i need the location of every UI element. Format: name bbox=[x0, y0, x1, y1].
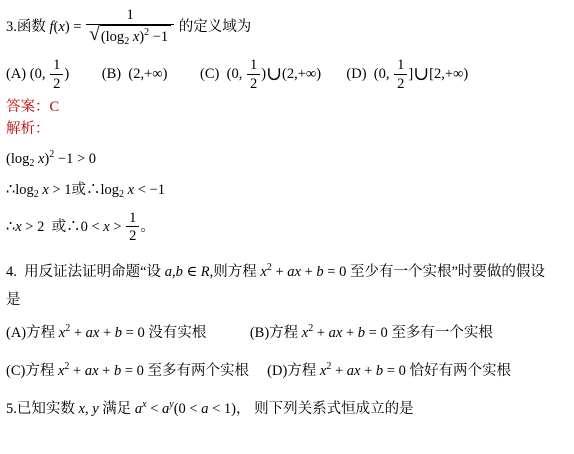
q3-analysis-label: 解析： bbox=[6, 120, 570, 139]
fraction-denominator: 2 bbox=[50, 74, 63, 93]
text-run: −1 > 0 bbox=[54, 151, 96, 167]
text-run: + bbox=[342, 325, 357, 341]
fraction-numerator: 1 bbox=[50, 57, 63, 74]
radical-sign-icon: √ bbox=[89, 25, 100, 46]
text-run: (A)方程 bbox=[6, 325, 59, 341]
text-run: 1 bbox=[397, 57, 404, 73]
text-run: + bbox=[301, 264, 316, 280]
text-run: + bbox=[360, 363, 375, 379]
q3-options: (A) (0, 12) (B) (2,+∞) (C) (0, 12)∪(2,+∞… bbox=[6, 57, 570, 93]
q3-solution-step-3: ∴x > 2 或∴0 < x > 12。 bbox=[6, 210, 570, 246]
math-variable: b bbox=[316, 264, 323, 280]
q4-statement: 4. 用反证法证明命题“设 a,b ∈ R,则方程 x2 + ax + b = … bbox=[6, 261, 570, 282]
text-run: 2 bbox=[397, 76, 404, 92]
fraction-denominator: 2 bbox=[394, 74, 407, 93]
q4-options-cd: (C)方程 x2 + ax + b = 0 至多有两个实根 (D)方程 x2 +… bbox=[6, 360, 570, 381]
math-variable: R bbox=[201, 264, 210, 280]
text-run: 1 bbox=[129, 210, 136, 226]
text-run: ,则方程 bbox=[210, 264, 261, 280]
q4-options-ab: (A)方程 x2 + ax + b = 0 没有实根 (B)方程 x2 + ax… bbox=[6, 322, 570, 343]
fraction-denominator: 2 bbox=[126, 226, 139, 245]
text-run: + bbox=[313, 325, 328, 341]
text-run: −1 bbox=[149, 29, 168, 45]
text-run: [2,+∞) bbox=[429, 66, 468, 82]
square-root: √(log2 x)2 −1 bbox=[89, 25, 171, 49]
text-run: + bbox=[272, 264, 287, 280]
fraction-denominator: 2 bbox=[247, 74, 260, 93]
math-variable: b bbox=[358, 325, 365, 341]
radicand: (log2 x)2 −1 bbox=[100, 25, 171, 49]
union-symbol: ∪ bbox=[413, 64, 429, 85]
text-run: 4. 用反证法证明命题“设 bbox=[6, 264, 165, 280]
text-run: ∴ bbox=[6, 219, 15, 235]
math-variable: a bbox=[165, 264, 172, 280]
text-run: + bbox=[331, 363, 346, 379]
text-run: > bbox=[110, 219, 125, 235]
fraction-denominator: √(log2 x)2 −1 bbox=[86, 24, 174, 49]
text-run: ) (B) (2,+∞) (C) (0, bbox=[64, 66, 246, 82]
text-run: 。 bbox=[140, 219, 155, 235]
union-symbol: ∪ bbox=[266, 64, 282, 85]
text-run: = 0 至少有一个实根”时要做的假设 bbox=[324, 264, 545, 280]
text-run: + bbox=[70, 325, 85, 341]
text-run: (log bbox=[6, 151, 29, 167]
math-variable: ax bbox=[329, 325, 343, 341]
math-variable: ax bbox=[86, 325, 100, 341]
text-run: < −1 bbox=[134, 182, 165, 198]
text-run: 解析： bbox=[6, 121, 50, 137]
math-variable: ax bbox=[287, 264, 301, 280]
text-run: 2 bbox=[129, 228, 136, 244]
text-run: 答案：C bbox=[6, 99, 59, 115]
text-run: (2,+∞) (D) (0, bbox=[282, 66, 393, 82]
text-run: < bbox=[147, 401, 162, 417]
text-run: 的定义域为 bbox=[175, 19, 251, 35]
text-run: 1 bbox=[250, 57, 257, 73]
math-variable: b bbox=[115, 325, 122, 341]
q3-solution-step-1: (log2 x)2 −1 > 0 bbox=[6, 148, 570, 170]
text-run: = 0 没有实根 (B)方程 bbox=[122, 325, 302, 341]
text-run: (A) (0, bbox=[6, 66, 49, 82]
text-run: = 0 至多有两个实根 (D)方程 bbox=[121, 363, 320, 379]
math-variable: ax bbox=[347, 363, 361, 379]
fraction: 12 bbox=[50, 57, 63, 93]
text-run: ∴log bbox=[6, 182, 34, 198]
text-run: > 2 或∴0 < bbox=[22, 219, 104, 235]
text-run: 满足 bbox=[99, 401, 135, 417]
text-run: (C)方程 bbox=[6, 363, 58, 379]
q3-solution-step-2: ∴log2 x > 1或∴log2 x < −1 bbox=[6, 181, 570, 201]
fraction: 12 bbox=[247, 57, 260, 93]
text-run: (0 < bbox=[174, 401, 202, 417]
q3-answer-label: 答案：C bbox=[6, 98, 570, 117]
q4-statement-continued: 是 bbox=[6, 291, 570, 310]
text-run: = 0 恰好有两个实根 bbox=[383, 363, 511, 379]
fraction: 12 bbox=[394, 57, 407, 93]
text-run: > 1或∴log bbox=[49, 182, 119, 198]
text-run: + bbox=[99, 325, 114, 341]
text-run: ) = bbox=[65, 19, 85, 35]
text-run: 1 bbox=[126, 7, 133, 23]
fraction-numerator: 1 bbox=[394, 57, 407, 74]
text-run: 5.已知实数 bbox=[6, 401, 79, 417]
fraction: 12 bbox=[126, 210, 139, 246]
text-run: ∈ bbox=[183, 264, 201, 280]
text-run: 是 bbox=[6, 292, 21, 308]
text-run: < 1)， 则下列关系式恒成立的是 bbox=[208, 401, 413, 417]
fraction-numerator: 1 bbox=[126, 210, 139, 227]
text-run: + bbox=[99, 363, 114, 379]
text-run: 1 bbox=[53, 57, 60, 73]
q3-statement: 3.函数 f(x) = 1√(log2 x)2 −1 的定义域为 bbox=[6, 7, 570, 48]
text-run: (log bbox=[101, 29, 124, 45]
text-run: + bbox=[69, 363, 84, 379]
text-run: 3.函数 bbox=[6, 19, 50, 35]
fraction: 1√(log2 x)2 −1 bbox=[86, 7, 174, 48]
fraction-numerator: 1 bbox=[123, 7, 136, 24]
math-variable: b bbox=[176, 264, 183, 280]
math-variable: ax bbox=[85, 363, 99, 379]
fraction-numerator: 1 bbox=[247, 57, 260, 74]
text-run: = 0 至多有一个实根 bbox=[365, 325, 493, 341]
text-run: 2 bbox=[250, 76, 257, 92]
math-document: 3.函数 f(x) = 1√(log2 x)2 −1 的定义域为(A) (0, … bbox=[0, 0, 574, 419]
text-run: 2 bbox=[53, 76, 60, 92]
q5-statement: 5.已知实数 x, y 满足 ax < ay(0 < a < 1)， 则下列关系… bbox=[6, 398, 570, 419]
